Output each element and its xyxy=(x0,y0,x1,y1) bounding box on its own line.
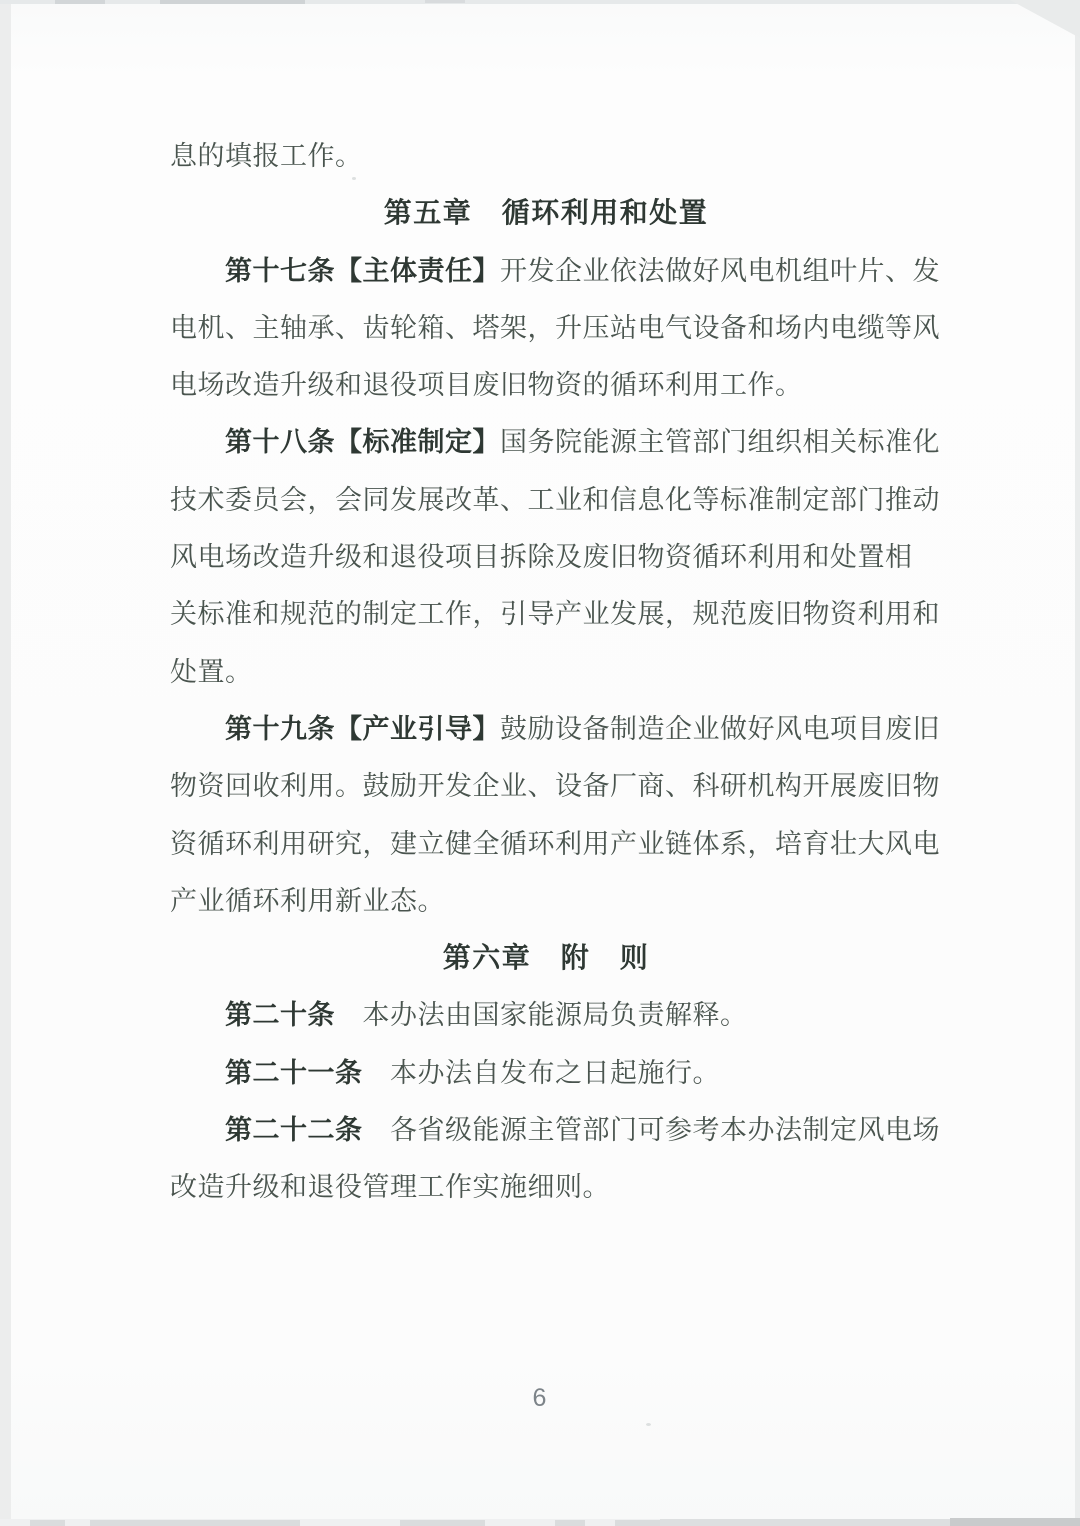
text-run: 本办法自发布之日起施行。 xyxy=(363,1058,721,1088)
scan-edge-bottom-segment xyxy=(90,1520,300,1526)
bold-text-run: 第二十二条 xyxy=(225,1115,363,1145)
text-line: 风电场改造升级和退役项目拆除及废旧物资循环利用和处置相 xyxy=(170,529,922,586)
text-line: 第十九条【产业引导】鼓励设备制造企业做好风电项目废旧 xyxy=(170,701,922,758)
text-run: 开发企业依法做好风电机组叶片、发 xyxy=(500,256,940,286)
text-run: 关标准和规范的制定工作，引导产业发展，规范废旧物资利用和 xyxy=(170,599,940,629)
text-line: 第二十条 本办法由国家能源局负责解释。 xyxy=(170,987,922,1044)
scan-edge-right xyxy=(1075,0,1080,1526)
text-line: 息的填报工作。 xyxy=(170,128,922,185)
text-line: 第二十二条 各省级能源主管部门可参考本办法制定风电场 xyxy=(170,1102,922,1159)
scan-edge-bottom-segment xyxy=(950,1518,1080,1526)
text-line: 物资回收利用。鼓励开发企业、设备厂商、科研机构开展废旧物 xyxy=(170,758,922,815)
scan-edge-top-segment xyxy=(160,0,305,4)
scan-speck xyxy=(646,1423,651,1426)
text-line: 第十七条【主体责任】开发企业依法做好风电机组叶片、发 xyxy=(170,243,922,300)
text-line: 第二十一条 本办法自发布之日起施行。 xyxy=(170,1045,922,1102)
scan-edge-top-segment xyxy=(55,0,105,4)
text-line: 资循环利用研究，建立健全循环利用产业链体系，培育壮大风电 xyxy=(170,816,922,873)
document-page: 息的填报工作。第五章 循环利用和处置第十七条【主体责任】开发企业依法做好风电机组… xyxy=(0,0,1080,1526)
bold-text-run: 第十七条【主体责任】 xyxy=(225,256,500,286)
text-run: 国务院能源主管部门组织相关标准化 xyxy=(500,427,940,457)
bold-text-run: 第六章 附 则 xyxy=(443,943,650,974)
text-line: 关标准和规范的制定工作，引导产业发展，规范废旧物资利用和 xyxy=(170,586,922,643)
text-run: 电场改造升级和退役项目废旧物资的循环利用工作。 xyxy=(170,370,803,400)
page-number: 6 xyxy=(0,1384,1080,1413)
scan-edge-bottom-segment xyxy=(400,1520,485,1526)
scan-edge-bottom-segment xyxy=(30,1520,65,1526)
scan-edge-bottom-segment xyxy=(555,1520,585,1526)
text-run: 各省级能源主管部门可参考本办法制定风电场 xyxy=(363,1115,941,1145)
text-run: 物资回收利用。鼓励开发企业、设备厂商、科研机构开展废旧物 xyxy=(170,771,940,801)
text-line: 技术委员会，会同发展改革、工业和信息化等标准制定部门推动 xyxy=(170,472,922,529)
text-line: 产业循环利用新业态。 xyxy=(170,873,922,930)
bold-text-run: 第五章 循环利用和处置 xyxy=(384,198,709,229)
bold-text-run: 第二十一条 xyxy=(225,1058,363,1088)
scan-edge-left xyxy=(0,0,11,1526)
text-run: 产业循环利用新业态。 xyxy=(170,886,445,916)
bold-text-run: 第十九条【产业引导】 xyxy=(225,714,500,744)
page-corner-fold xyxy=(1010,0,1080,38)
scan-edge-top-segment xyxy=(425,0,465,3)
text-run: 处置。 xyxy=(170,657,253,687)
text-run: 资循环利用研究，建立健全循环利用产业链体系，培育壮大风电 xyxy=(170,829,940,859)
chapter-heading: 第五章 循环利用和处置 xyxy=(170,185,922,242)
text-run: 本办法由国家能源局负责解释。 xyxy=(335,1000,748,1030)
bold-text-run: 第十八条【标准制定】 xyxy=(225,427,500,457)
text-run: 技术委员会，会同发展改革、工业和信息化等标准制定部门推动 xyxy=(170,485,940,515)
chapter-heading: 第六章 附 则 xyxy=(170,930,922,987)
text-run: 电机、主轴承、齿轮箱、塔架，升压站电气设备和场内电缆等风 xyxy=(170,313,940,343)
text-line: 处置。 xyxy=(170,644,922,701)
text-run: 鼓励设备制造企业做好风电项目废旧 xyxy=(500,714,940,744)
text-line: 电机、主轴承、齿轮箱、塔架，升压站电气设备和场内电缆等风 xyxy=(170,300,922,357)
bold-text-run: 第二十条 xyxy=(225,1000,335,1030)
text-run: 息的填报工作。 xyxy=(170,141,363,171)
text-run: 风电场改造升级和退役项目拆除及废旧物资循环利用和处置相 xyxy=(170,542,913,572)
text-run: 改造升级和退役管理工作实施细则。 xyxy=(170,1172,610,1202)
document-body: 息的填报工作。第五章 循环利用和处置第十七条【主体责任】开发企业依法做好风电机组… xyxy=(170,128,922,1217)
text-line: 电场改造升级和退役项目废旧物资的循环利用工作。 xyxy=(170,357,922,414)
text-line: 第十八条【标准制定】国务院能源主管部门组织相关标准化 xyxy=(170,414,922,471)
text-line: 改造升级和退役管理工作实施细则。 xyxy=(170,1159,922,1216)
